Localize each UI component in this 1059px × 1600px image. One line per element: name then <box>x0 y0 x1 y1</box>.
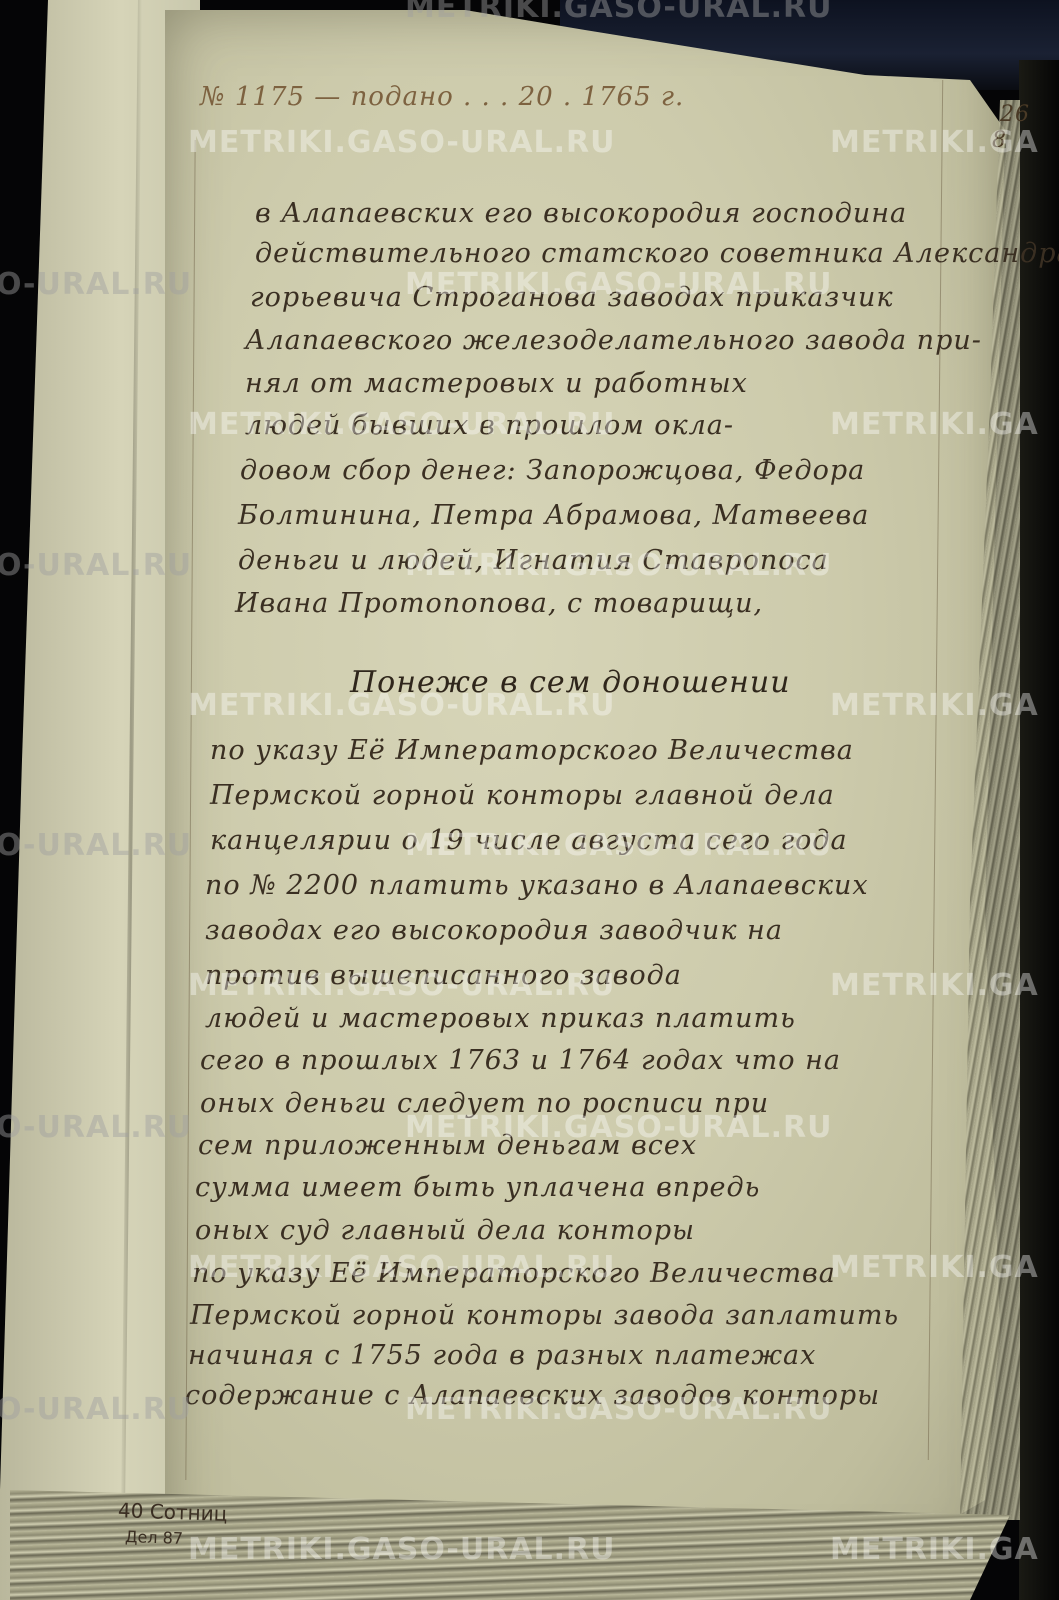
text-line: Болтинина, Петра Абрамова, Матвеева <box>238 500 869 531</box>
text-line: Пермской горной конторы главной дела <box>210 780 835 811</box>
text-line: по указу Её Императорского Величества <box>210 735 854 766</box>
text-line: нял от мастеровых и работных <box>245 368 748 399</box>
text-line: людей бывших в прошлом окла- <box>245 410 734 441</box>
text-line: сем приложенным деньгам всех <box>198 1130 697 1161</box>
text-line: оных деньги следует по росписи при <box>200 1088 769 1119</box>
text-line: начиная с 1755 года в разных платежах <box>188 1340 816 1371</box>
text-line: против вышеписанного завода <box>205 960 682 991</box>
text-line: по № 2200 платить указано в Алапаевских <box>205 870 869 901</box>
text-line: Пермской горной конторы завода заплатить <box>190 1300 899 1331</box>
text-line: заводах его высокородия заводчик на <box>205 915 783 946</box>
text-line: действительного статского советника Алек… <box>255 238 1059 269</box>
record-header: № 1175 — подано . . . 20 . 1765 г. <box>200 82 684 112</box>
text-line: людей и мастеровых приказ платить <box>205 1003 796 1034</box>
text-line: сумма имеет быть уплачена впредь <box>195 1172 760 1203</box>
text-line: по указу Её Императорского Величества <box>192 1258 836 1289</box>
text-line: Алапаевского железоделательного завода п… <box>245 325 982 356</box>
section-title: Понеже в сем доношении <box>350 665 791 700</box>
text-line: канцелярии о 19 числе августа сего года <box>210 825 848 856</box>
text-line: в Алапаевских его высокородия господина <box>255 198 907 229</box>
text-line: содержание с Алапаевских заводов конторы <box>185 1380 880 1411</box>
text-line: деньги и людей, Игнатия Ставропоса <box>238 545 829 576</box>
text-line: довом сбор денег: Запорожцова, Федора <box>240 455 865 486</box>
pencil-note: 40 Сотниц <box>118 1498 228 1526</box>
text-line: горьевича Строганова заводах приказчик <box>250 282 894 313</box>
pencil-note: Дел 87 <box>125 1527 184 1548</box>
folio-sub-number: 8 <box>992 128 1007 153</box>
text-line: Ивана Протопопова, с товарищи, <box>235 588 763 619</box>
text-line: оных суд главный дела конторы <box>195 1215 695 1246</box>
text-line: сего в прошлых 1763 и 1764 годах что на <box>200 1045 841 1076</box>
folio-number: 26 <box>1000 102 1030 127</box>
background-shadow <box>1019 60 1059 1600</box>
